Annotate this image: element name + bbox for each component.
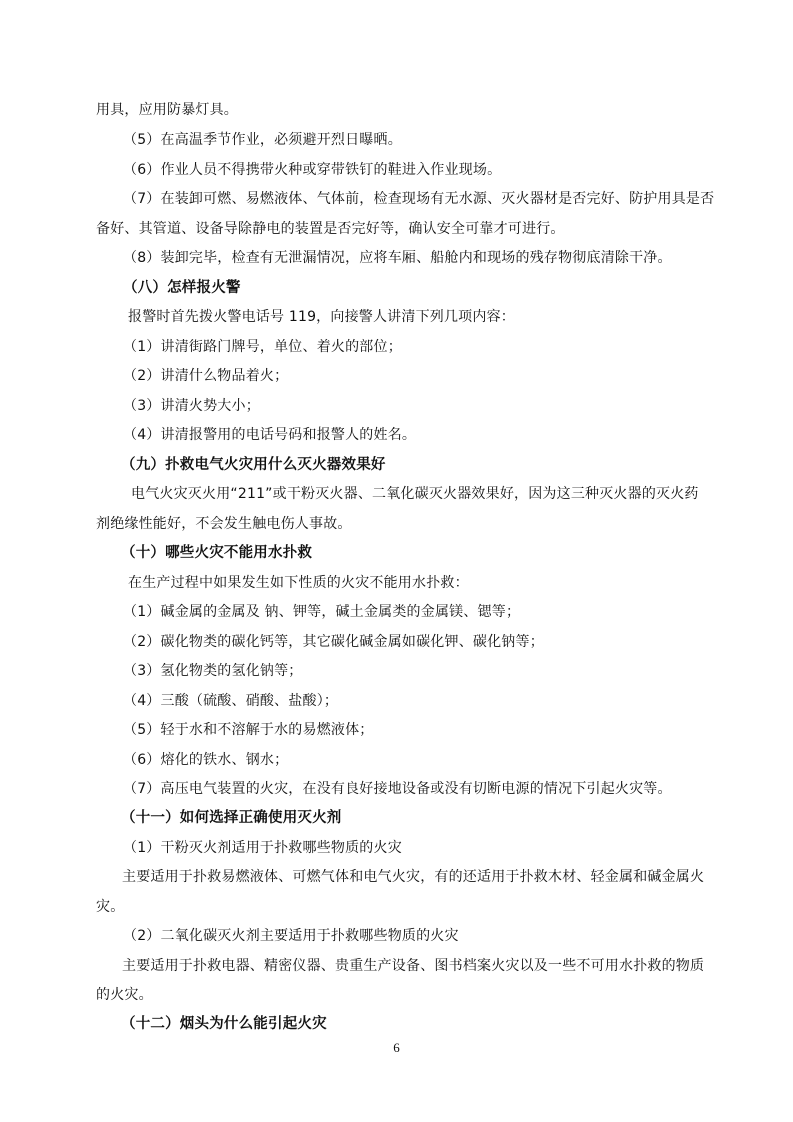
paragraph-line: 剂绝缘性能好，不会发生触电伤人事故。 <box>96 514 352 534</box>
list-item: （5）在高温季节作业，必须避开烈日曝晒。 <box>123 130 402 150</box>
list-item: （3）氢化物类的氢化钠等； <box>123 661 303 681</box>
section-heading: （十二）烟头为什么能引起火灾 <box>121 1014 327 1034</box>
paragraph-line: 主要适用于扑救易燃液体、可燃气体和电气火灾，有的还适用于扑救木材、轻金属和碱金属… <box>122 867 704 887</box>
list-item: （5）轻于水和不溶解于水的易燃液体； <box>123 720 374 740</box>
list-item: （2）讲清什么物品着火； <box>123 366 288 386</box>
list-item: （7）高压电气装置的火灾，在没有良好接地设备或没有切断电源的情况下引起火灾等。 <box>123 779 672 799</box>
section-heading: （八）怎样报火警 <box>123 278 241 298</box>
paragraph-line: 备好、其管道、设备导除静电的装置是否完好等，确认安全可靠才可进行。 <box>96 219 565 239</box>
paragraph-line: 在生产过程中如果发生如下性质的火灾不能用水扑救： <box>128 573 469 593</box>
list-item: （3）讲清火势大小； <box>123 396 260 416</box>
paragraph-line: 灾。 <box>96 897 124 917</box>
list-item: （8）装卸完毕，检查有无泄漏情况，应将车厢、船舱内和现场的残存物彻底清除干净。 <box>123 248 672 268</box>
list-item: （2）碳化物类的碳化钙等，其它碳化碱金属如碳化钾、碳化钠等； <box>123 632 544 652</box>
paragraph-line: 主要适用于扑救电器、精密仪器、贵重生产设备、图书档案火灾以及一些不可用水扑救的物… <box>122 956 704 976</box>
list-item: （6）作业人员不得携带火种或穿带铁钉的鞋进入作业现场。 <box>123 160 501 180</box>
paragraph-line: 电气火灾灭火用“211”或干粉灭火器、二氧化碳灭火器效果好，因为这三种灭火器的灭… <box>131 484 699 504</box>
document-page: 用具，应用防暴灯具。（5）在高温季节作业，必须避开烈日曝晒。（6）作业人员不得携… <box>0 0 793 1122</box>
section-heading: （十）哪些火灾不能用水扑救 <box>121 543 312 563</box>
paragraph-line: 用具，应用防暴灯具。 <box>96 100 238 120</box>
list-item: （7）在装卸可燃、易燃液体、气体前，检查现场有无水源、灭火器材是否完好、防护用具… <box>123 189 714 209</box>
list-item: （4）三酸（硫酸、硝酸、盐酸）； <box>123 691 338 711</box>
section-heading: （十一）如何选择正确使用灭火剂 <box>121 808 342 828</box>
list-item: （1）干粉灭火剂适用于扑救哪些物质的火灾 <box>123 838 402 858</box>
page-number: 6 <box>0 1040 793 1056</box>
list-item: （2）二氧化碳灭火剂主要适用于扑救哪些物质的火灾 <box>123 926 459 946</box>
list-item: （1）碱金属的金属及 钠、钾等，碱土金属类的金属镁、锶等； <box>123 602 520 622</box>
paragraph-line: 报警时首先拨火警电话号 119，向接警人讲清下列几项内容： <box>128 307 515 327</box>
list-item: （4）讲清报警用的电话号码和报警人的姓名。 <box>123 425 416 445</box>
paragraph-line: 的火灾。 <box>96 985 153 1005</box>
list-item: （6）熔化的铁水、钢水； <box>123 750 288 770</box>
section-heading: （九）扑救电气火灾用什么灭火器效果好 <box>121 455 386 475</box>
list-item: （1）讲清街路门牌号，单位、着火的部位； <box>123 337 402 357</box>
